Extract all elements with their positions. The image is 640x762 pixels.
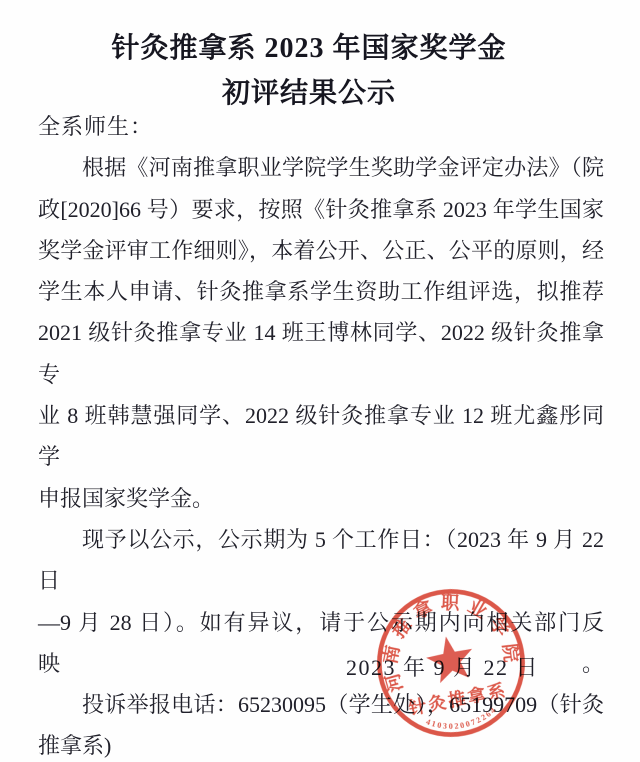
body-line: 根据《河南推拿职业学院学生奖助学金评定办法》（院 [38,147,604,188]
body-line: 奖学金评审工作细则》，本着公开、公正、公平的原则，经 [38,230,604,271]
body-line: 学生本人申请、针灸推拿系学生资助工作组评选，拟推荐 [38,271,604,312]
scanned-notice-page: 针灸推拿系 2023 年国家奖学金 初评结果公示 全系师生： 根据《河南推拿职业… [0,0,640,762]
body-line: 推拿系) [38,725,604,762]
body-line: 现予以公示，公示期为 5 个工作日：（2023 年 9 月 22 日 [38,519,604,602]
seal-star-icon [423,632,477,685]
salutation: 全系师生： [38,106,604,147]
body-line: 2021 级针灸推拿专业 14 班王博林同学、2022 级针灸推拿专 [38,312,604,395]
body-line: 业 8 班韩慧强同学、2022 级针灸推拿专业 12 班尤鑫彤同学 [38,395,604,478]
page-title: 针灸推拿系 2023 年国家奖学金 初评结果公示 [28,26,590,116]
body-line: 申报国家奖学金。 [38,478,604,519]
official-seal: 河南推拿职业学院 针灸推拿系 4103020072264 [361,573,542,754]
body-line: 政[2020]66 号）要求，按照《针灸推拿系 2023 年学生国家 [38,189,604,230]
title-line-1: 针灸推拿系 2023 年国家奖学金 [28,26,590,71]
seal-institution-arc-text: 河南推拿职业学院 [368,579,525,695]
